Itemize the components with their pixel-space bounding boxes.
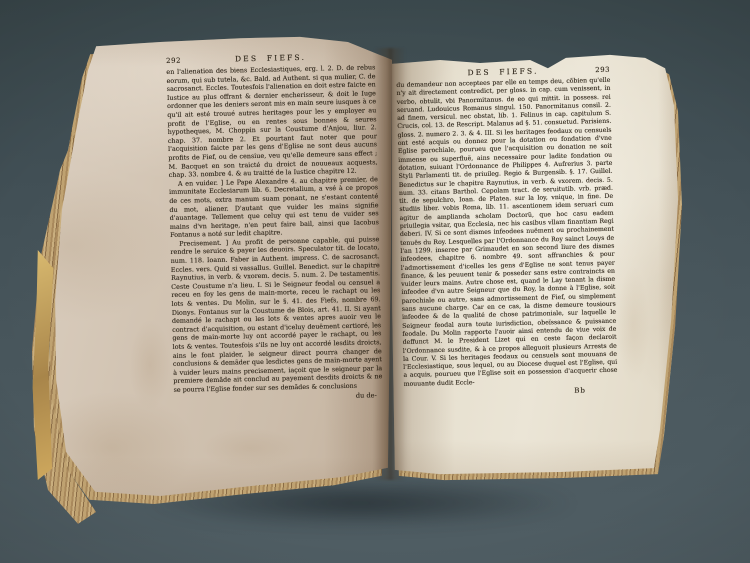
right-paragraph: du demandeur non acceptees par elle en t…	[396, 77, 617, 389]
right-page-body: du demandeur non acceptees par elle en t…	[396, 77, 617, 389]
header-spacer	[349, 58, 375, 59]
right-page-text: DES FIEFS. 293 du demandeur non acceptee…	[396, 65, 618, 399]
left-paragraph-2: A en vuider. ] Le Pape Alexandre 4. au c…	[169, 175, 379, 240]
left-paragraph-1: en l'alienation des biens Ecclesiastique…	[166, 63, 377, 179]
left-page-number: 292	[166, 56, 192, 65]
left-page-body: en l'alienation des biens Ecclesiastique…	[166, 63, 382, 394]
gutter-shadow	[374, 48, 406, 480]
left-page-text: 292 DES FIEFS. en l'alienation des biens…	[166, 51, 383, 403]
left-paragraph-3: Precisement. ] Au profit de personne cap…	[170, 235, 382, 394]
right-page-number: 293	[584, 66, 610, 75]
photo-of-open-book: 292 DES FIEFS. en l'alienation des biens…	[0, 0, 750, 563]
